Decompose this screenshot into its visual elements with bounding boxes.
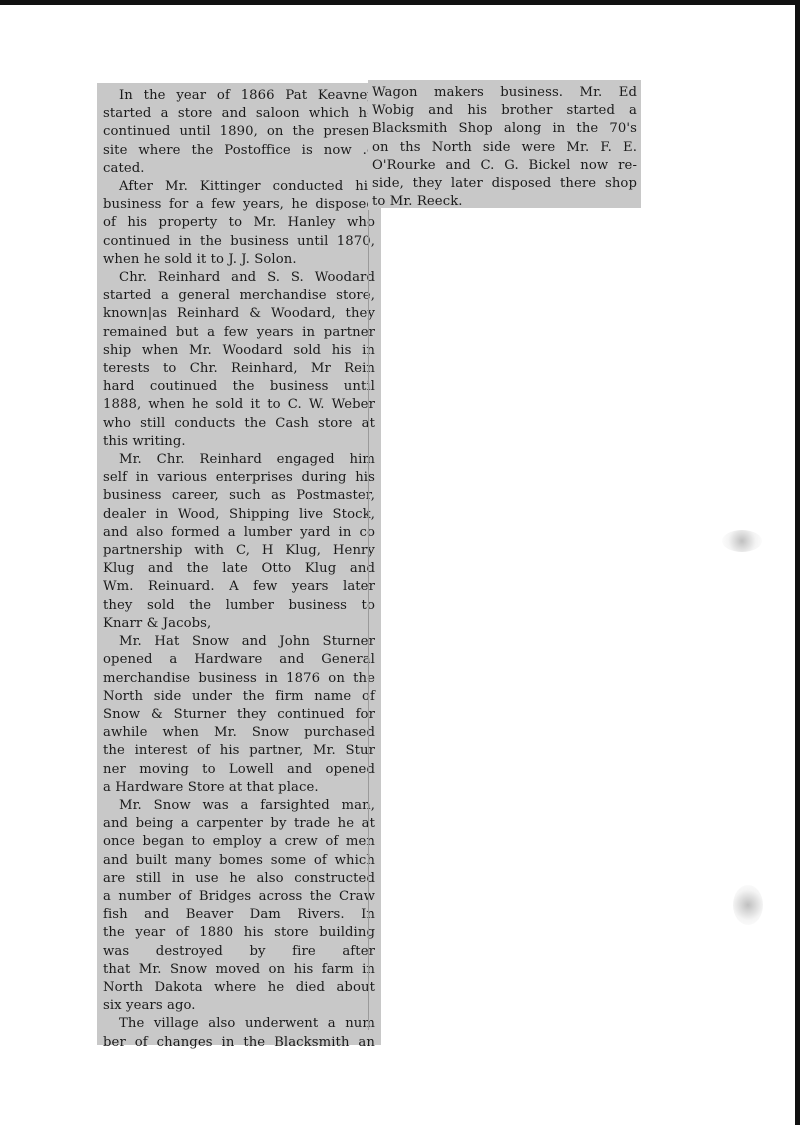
text-line: they sold the lumber business to <box>103 597 375 615</box>
newspaper-column-right: Wagon makers business. Mr. Ed Wobig and … <box>368 80 641 208</box>
text-line: Mr. Chr. Reinhard engaged him <box>103 451 375 469</box>
text-line: terests to Chr. Reinhard, Mr Rein <box>103 360 375 378</box>
text-line: Snow & Sturner they continued for <box>103 706 375 724</box>
text-line: hard coutinued the business until <box>103 378 375 396</box>
text-line: started a store and saloon which he <box>103 105 375 123</box>
newspaper-column-left: In the year of 1866 Pat Keavney started … <box>97 83 381 1045</box>
text-line: In the year of 1866 Pat Keavney <box>103 87 375 105</box>
text-line: O'Rourke and C. G. Bickel now re- <box>372 157 637 175</box>
text-line: dealer in Wood, Shipping live Stock, <box>103 506 375 524</box>
text-line: North side under the firm name of <box>103 688 375 706</box>
text-line: that Mr. Snow moved on his farm in <box>103 961 375 979</box>
scan-artifact-smudge <box>722 530 762 552</box>
text-line: site where the Postoffice is now .o <box>103 142 375 160</box>
text-line: started a general merchandise store, <box>103 287 375 305</box>
scan-right-border <box>795 0 800 1125</box>
text-line: Wobig and his brother started a <box>372 102 637 120</box>
paragraph-chr-reinhard: Mr. Chr. Reinhard engaged him self in va… <box>103 451 375 633</box>
paragraph-reinhard-woodard: Chr. Reinhard and S. S. Woodard started … <box>103 269 375 451</box>
text-line: ner moving to Lowell and opened <box>103 761 375 779</box>
text-line: this writing. <box>103 433 375 451</box>
paragraph-kittinger: After Mr. Kittinger conducted his busine… <box>103 178 375 269</box>
text-line: Chr. Reinhard and S. S. Woodard <box>103 269 375 287</box>
paragraph-snow-farsighted: Mr. Snow was a farsighted man, and being… <box>103 797 375 1015</box>
text-line: Knarr & Jacobs, <box>103 615 375 633</box>
text-line: After Mr. Kittinger conducted his <box>103 178 375 196</box>
text-line: ship when Mr. Woodard sold his in <box>103 342 375 360</box>
text-line: merchandise business in 1876 on the <box>103 670 375 688</box>
text-line: are still in use he also constructed <box>103 870 375 888</box>
paragraph-village-changes: The village also underwent a num ber of … <box>103 1015 375 1051</box>
scan-top-border <box>0 0 800 5</box>
text-line: Mr. Snow was a farsighted man, <box>103 797 375 815</box>
text-line: and also formed a lumber yard in co <box>103 524 375 542</box>
text-line: and being a carpenter by trade he at <box>103 815 375 833</box>
text-line: the year of 1880 his store building <box>103 924 375 942</box>
text-line: opened a Hardware and General <box>103 651 375 669</box>
text-line: remained but a few years in partner <box>103 324 375 342</box>
text-line: The village also underwent a num <box>103 1015 375 1033</box>
text-line: Wagon makers business. Mr. Ed <box>372 84 637 102</box>
scan-artifact-smudge <box>733 885 763 925</box>
text-line: to Mr. Reeck. <box>372 193 637 211</box>
text-line: continued until 1890, on the present <box>103 123 375 141</box>
text-line: who still conducts the Cash store at <box>103 415 375 433</box>
paragraph-keavney: In the year of 1866 Pat Keavney started … <box>103 87 375 178</box>
paragraph-wagon-makers: Wagon makers business. Mr. Ed Wobig and … <box>372 84 637 211</box>
text-line: fish and Beaver Dam Rivers. In <box>103 906 375 924</box>
text-line: and built many bomes some of which <box>103 852 375 870</box>
text-line: partnership with C, H Klug, Henry <box>103 542 375 560</box>
text-line: business for a few years, he disposed <box>103 196 375 214</box>
text-line: cated. <box>103 160 375 178</box>
text-line: continued in the business until 1870, <box>103 233 375 251</box>
text-line: ber of changes in the Blacksmith an <box>103 1034 375 1052</box>
text-line: Mr. Hat Snow and John Sturner <box>103 633 375 651</box>
text-line: North Dakota where he died about <box>103 979 375 997</box>
text-line: Wm. Reinuard. A few years later <box>103 578 375 596</box>
text-line: when he sold it to J. J. Solon. <box>103 251 375 269</box>
text-line: of his property to Mr. Hanley who <box>103 214 375 232</box>
text-line: six years ago. <box>103 997 375 1015</box>
text-line: side, they later disposed there shop <box>372 175 637 193</box>
text-line: 1888, when he sold it to C. W. Weber <box>103 396 375 414</box>
text-line: the interest of his partner, Mr. Stur <box>103 742 375 760</box>
text-line: was destroyed by fire after <box>103 943 375 961</box>
text-line: once began to employ a crew of men <box>103 833 375 851</box>
text-line: a number of Bridges across the Craw <box>103 888 375 906</box>
column-divider <box>368 210 369 1030</box>
text-line: awhile when Mr. Snow purchased <box>103 724 375 742</box>
text-line: business career, such as Postmaster, <box>103 487 375 505</box>
text-line: Klug and the late Otto Klug and <box>103 560 375 578</box>
text-line: Blacksmith Shop along in the 70's <box>372 120 637 138</box>
paragraph-snow-sturner: Mr. Hat Snow and John Sturner opened a H… <box>103 633 375 797</box>
text-line: on ths North side were Mr. F. E. <box>372 139 637 157</box>
text-line: self in various enterprises during his <box>103 469 375 487</box>
text-line: a Hardware Store at that place. <box>103 779 375 797</box>
text-line: known|as Reinhard & Woodard, they <box>103 305 375 323</box>
